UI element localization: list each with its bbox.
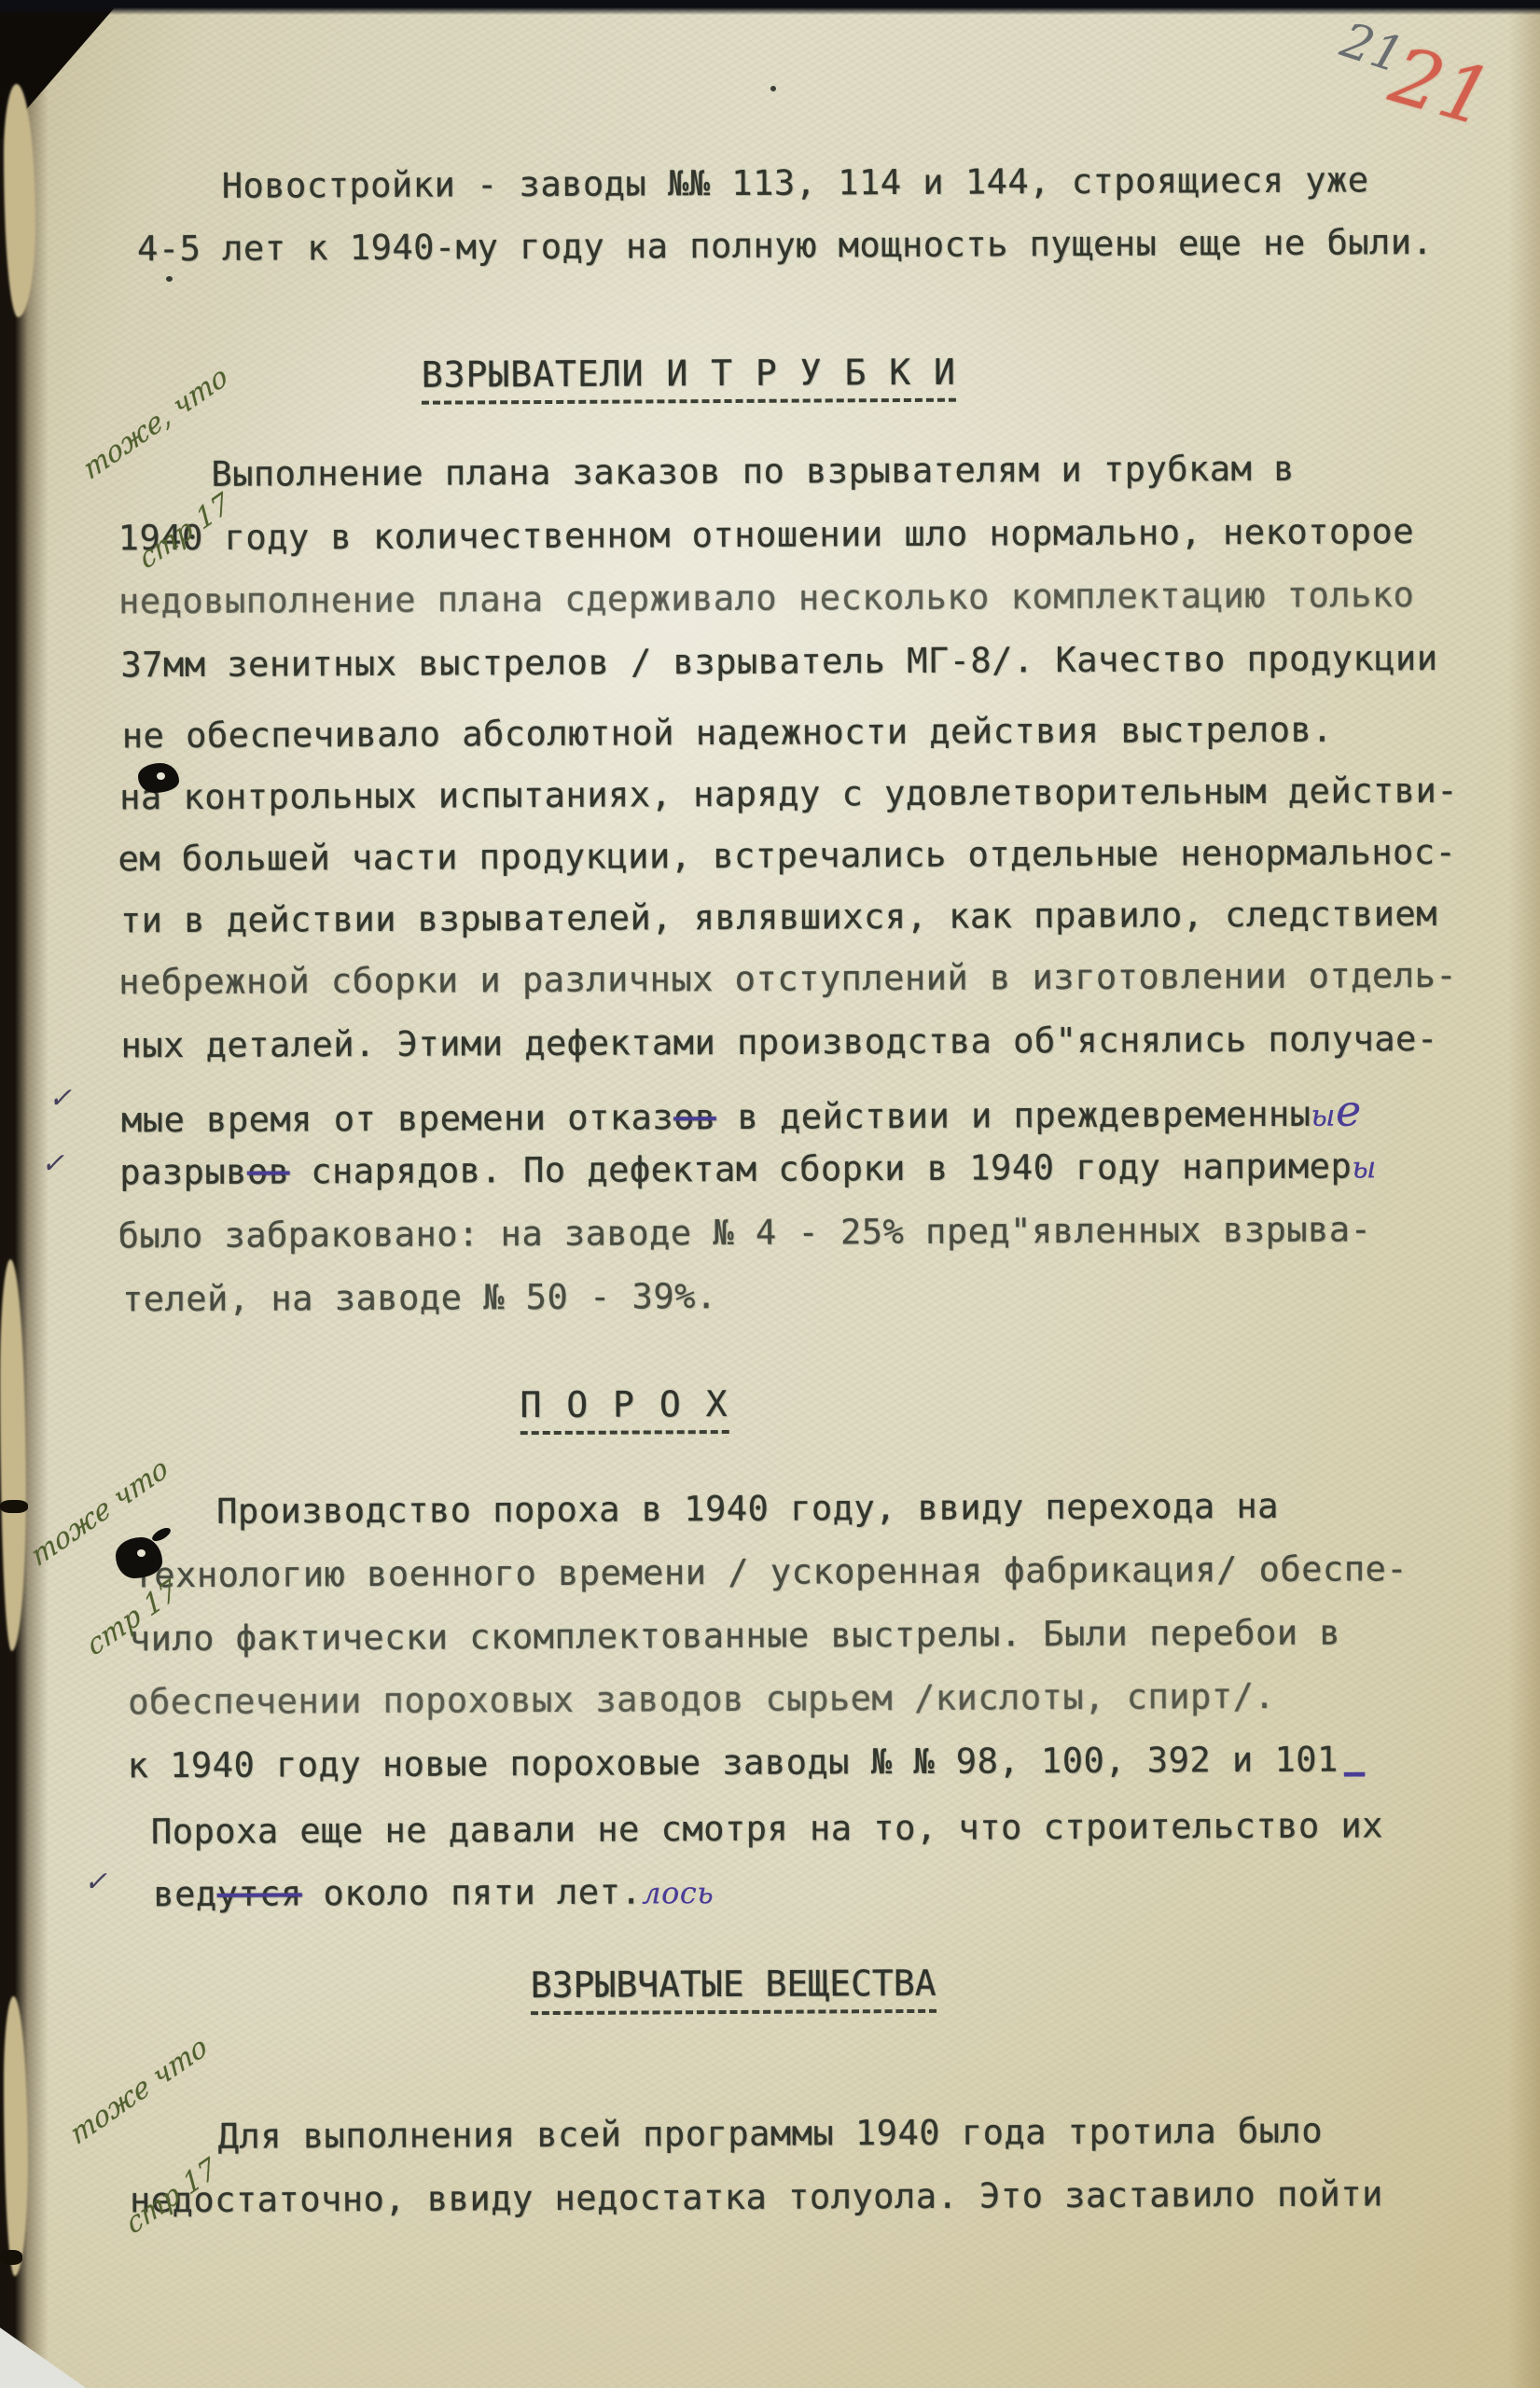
typed-line-with-mark: к 1940 году новые пороховые заводы № № 9… [128, 1742, 1366, 1783]
typed-text-block: Новостройки - заводы №№ 113, 114 и 144, … [0, 0, 1540, 2388]
typed-line: Новостройки - заводы №№ 113, 114 и 144, … [222, 162, 1369, 202]
ink-blot [116, 1537, 162, 1578]
typed-line-with-correction: мые время от времени отказов в действии … [121, 1085, 1362, 1142]
line-text: около пяти лет. [302, 1872, 643, 1914]
typed-line: Пороха еще не давали не смотря на то, чт… [151, 1808, 1383, 1849]
typed-line-with-correction: ведутся около пяти лет.лось [153, 1874, 714, 1913]
typed-line: недовыполнение плана сдерживало нескольк… [118, 577, 1415, 618]
handwritten-correction: ы [1352, 1149, 1377, 1185]
section-title-fuzes: ВЗРЫВАТЕЛИ И Т Р У Б К И [422, 354, 956, 405]
typed-line: было забраковано: на заводе № 4 - 25% пр… [118, 1212, 1372, 1253]
line-text: мые время от времени отказ [121, 1097, 673, 1140]
checkmark-annotation: ✓ [84, 1866, 107, 1898]
margin-note-text: тоже что [65, 2029, 213, 2154]
line-text: снарядов. По дефектам сборки в 1940 году… [289, 1146, 1352, 1192]
ink-blot [138, 763, 179, 793]
line-text: разрыв [119, 1152, 247, 1193]
typed-line: телей, на заводе № 50 - 39%. [122, 1279, 717, 1316]
typed-line: Для выполнения всей программы 1940 года … [218, 2114, 1324, 2154]
line-text: к 1940 году новые пороховые заводы № № 9… [128, 1740, 1339, 1786]
typed-line: Выполнение плана заказов по взрывателям … [211, 451, 1295, 492]
typed-line: ем большей части продукции, встречались … [118, 835, 1456, 877]
struck-text: ов [247, 1151, 290, 1191]
handwritten-correction: ы [1311, 1098, 1336, 1133]
typed-line: обеспечении пороховых заводов сырьем /ки… [128, 1679, 1275, 1719]
typed-line: на контрольных испытаниях, наряду с удов… [119, 773, 1458, 815]
typed-line: 37мм зенитных выстрелов / взрыватель МГ-… [120, 641, 1437, 682]
section-title-explosives: ВЗРЫВЧАТЫЕ ВЕЩЕСТВА [531, 1965, 936, 2015]
struck-text: ов [673, 1097, 716, 1137]
section-title-gunpowder: П О Р О Х [520, 1386, 729, 1435]
line-text: в действии и преждевременны [716, 1094, 1311, 1137]
margin-note-text: стр 17 [121, 2125, 257, 2242]
typed-line: 1940 году в количественном отношении шло… [118, 514, 1415, 555]
typed-line: ных деталей. Этими дефектами производств… [120, 1021, 1437, 1062]
handwritten-correction: лось [642, 1875, 714, 1910]
line-text: вед [153, 1874, 217, 1914]
typed-line-with-correction: разрывов снарядов. По дефектам сборки в … [119, 1148, 1377, 1191]
margin-note-text: тоже, что [78, 358, 233, 488]
typed-line: не обеспечивало абсолютной надежности де… [122, 713, 1333, 754]
document-scan: 21 21 тоже, что стр 17 тоже что стр 17 т… [0, 0, 1540, 2388]
typed-line: технологию военного времени / ускоренная… [132, 1551, 1408, 1592]
checkmark-annotation: ✓ [41, 1147, 64, 1180]
violet-dash-mark: — [1344, 1755, 1366, 1789]
checkmark-annotation: ✓ [49, 1082, 72, 1115]
typed-line: ти в действии взрывателей, являвшихся, к… [120, 896, 1437, 937]
typed-line: чило фактически скомплектованные выстрел… [130, 1616, 1340, 1657]
handwritten-correction: е [1336, 1085, 1362, 1135]
typed-line: недостаточно, ввиду недостатка толуола. … [130, 2176, 1383, 2217]
margin-note-text: стр 17 [134, 455, 278, 577]
typed-line: небрежной сборки и различных отступлений… [118, 958, 1457, 1000]
typed-line: Производство пороха в 1940 году, ввиду п… [216, 1489, 1279, 1529]
typed-line: 4-5 лет к 1940-му году на полную мощност… [137, 225, 1434, 266]
struck-text: утся [217, 1873, 302, 1913]
